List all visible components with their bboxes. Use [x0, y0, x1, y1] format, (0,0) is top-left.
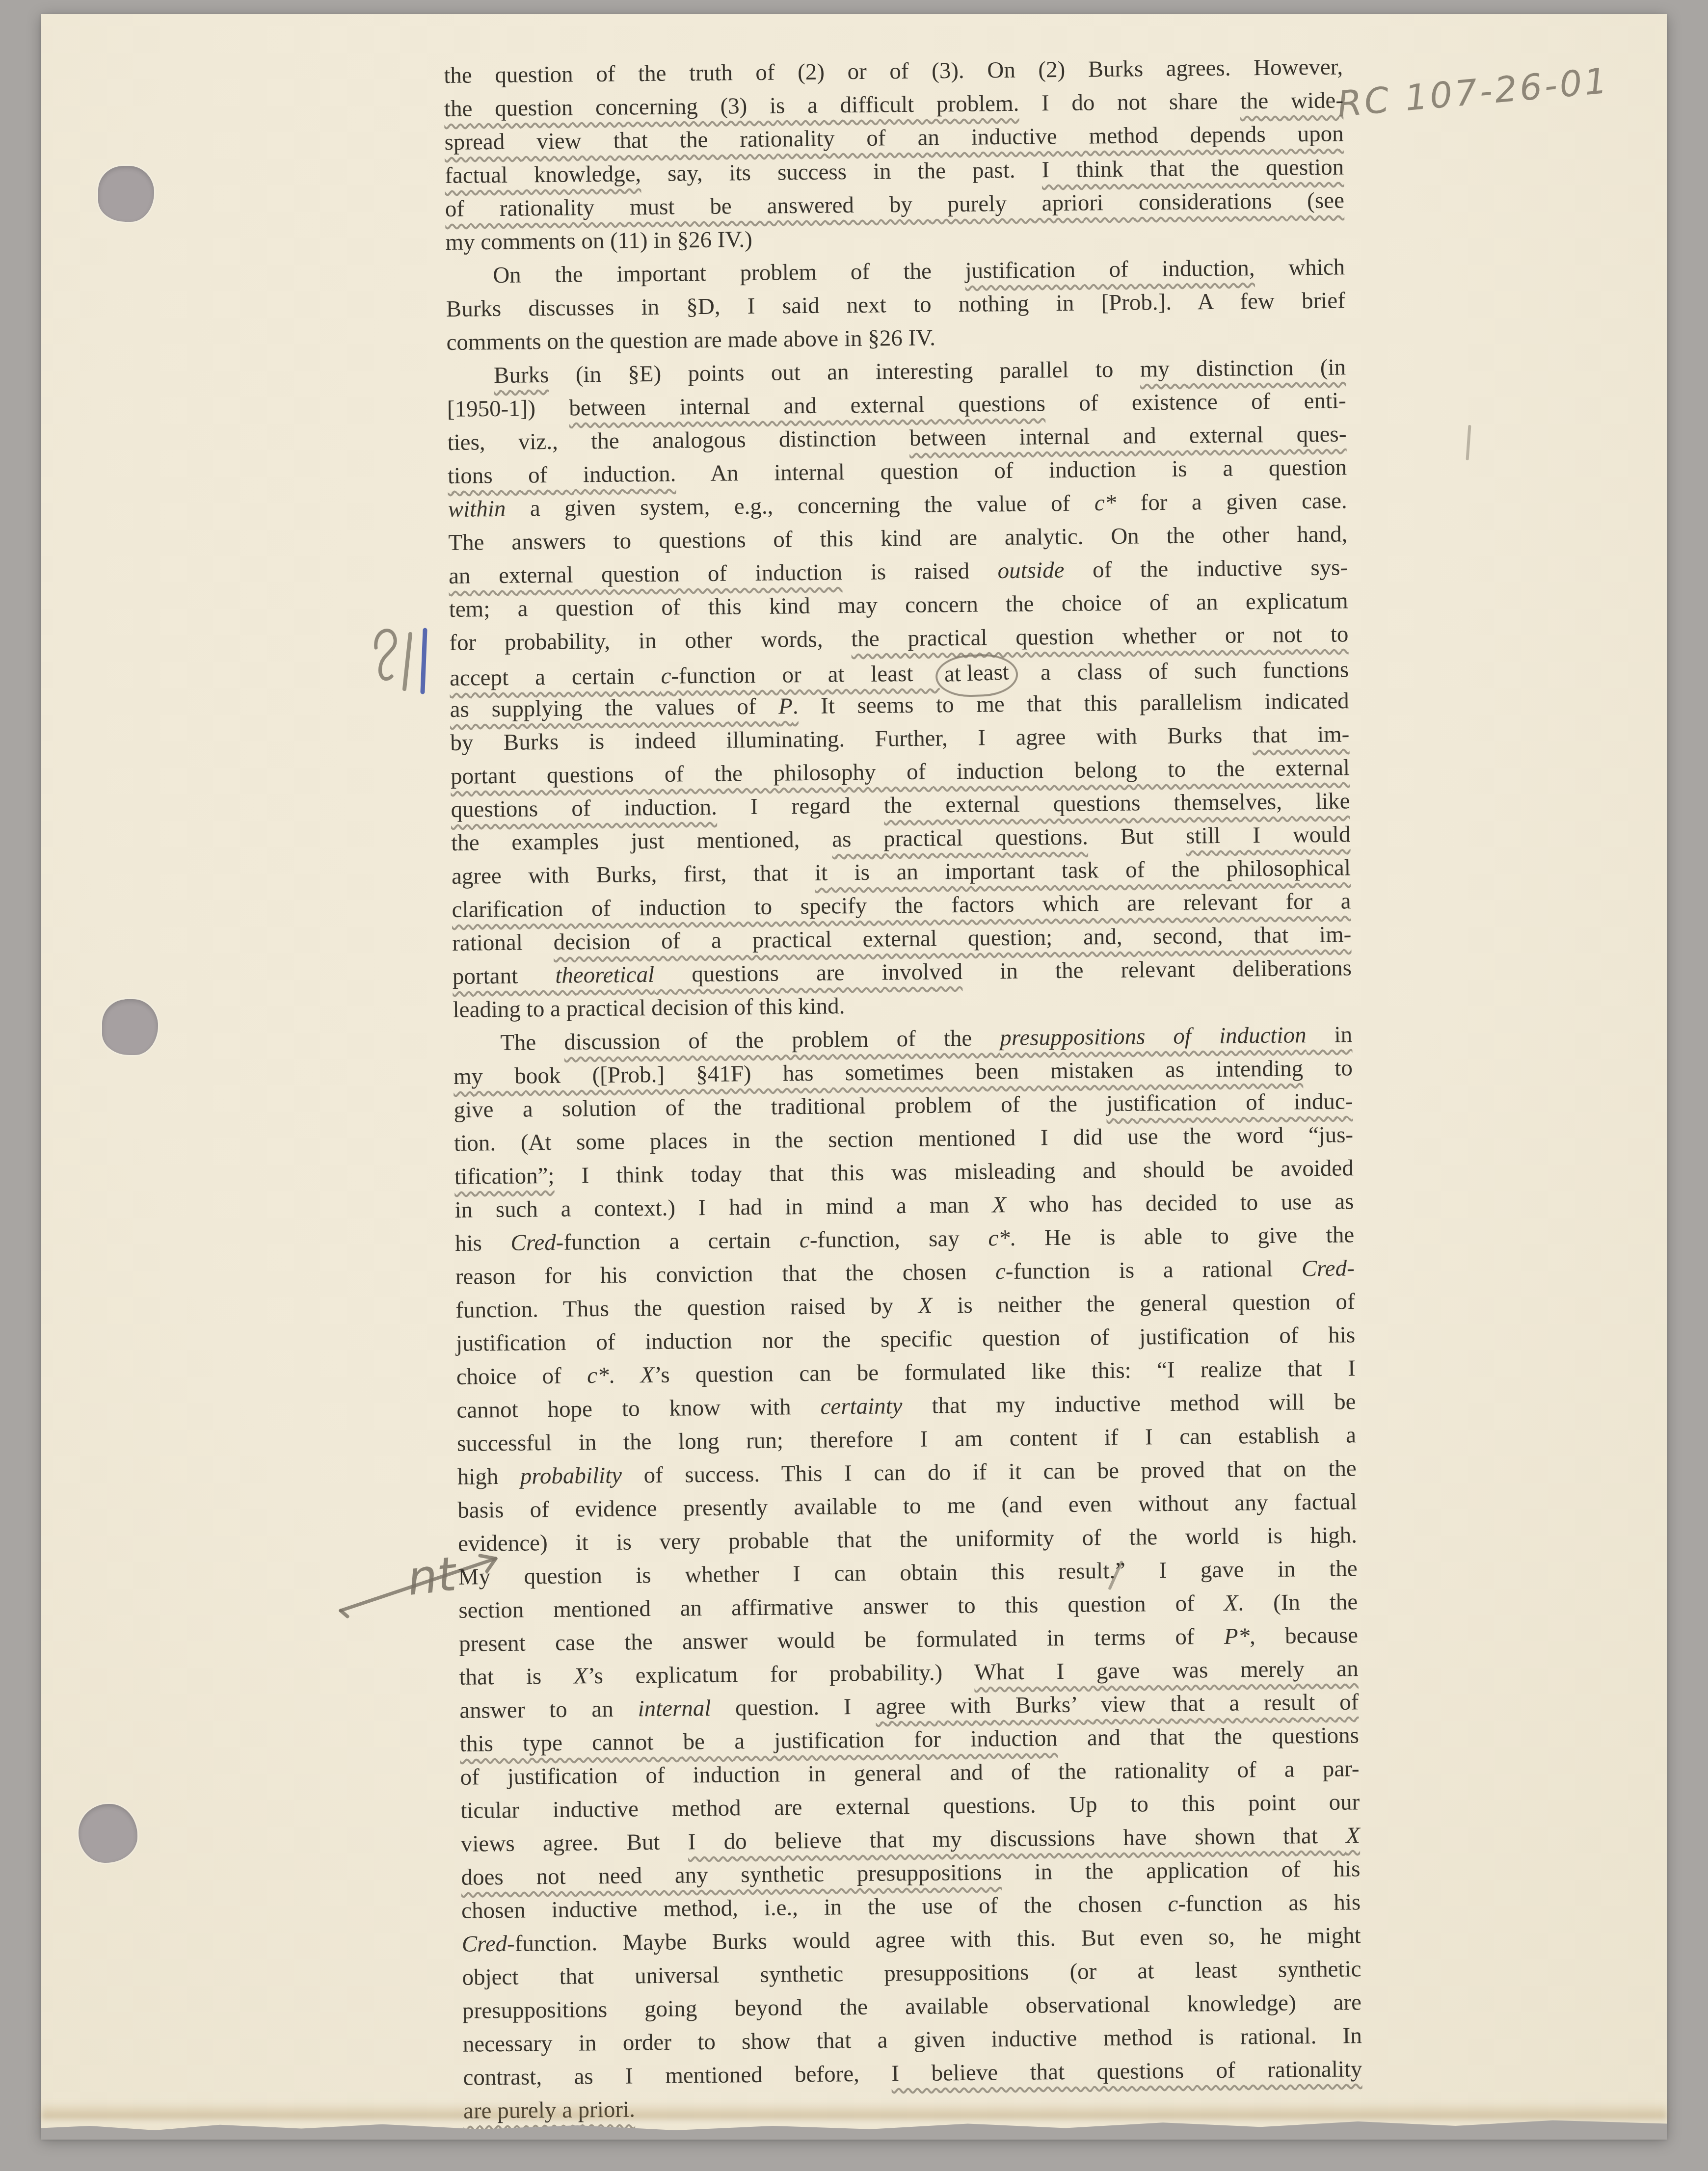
margin-mark-pencil-blue — [359, 617, 453, 706]
text-segment: as supplying the values of — [450, 694, 778, 722]
text-column: the question of the truth of (2) or of (… — [444, 50, 1362, 2127]
text-segment: What I gave was merely an — [974, 1656, 1359, 1685]
text-segment: questions of induction. — [451, 794, 717, 822]
text-segment: my comments on (11) in §26 IV.) — [445, 227, 752, 255]
text-segment: in the relevant deliberations — [962, 955, 1352, 984]
text-segment: tification”; — [454, 1163, 555, 1190]
text-segment: X — [574, 1663, 588, 1689]
text-segment: the wide- — [1240, 87, 1343, 114]
text-segment: say, its success in the past. — [641, 157, 1042, 186]
text-segment: for a given case. — [1116, 488, 1347, 516]
margin-squiggle-icon — [359, 617, 453, 706]
text-segment: I think that the question — [1041, 154, 1344, 183]
punch-hole-bottom — [79, 1804, 137, 1863]
text-segment: My question is whether I can obtain this… — [458, 1556, 1357, 1590]
text-segment: justification of induction nor the speci… — [456, 1322, 1355, 1356]
text-segment: outside — [997, 557, 1064, 583]
text-segment: probability — [520, 1463, 622, 1489]
text-segment: choice of — [456, 1363, 587, 1390]
text-segment: basis of evidence presently available to… — [457, 1489, 1357, 1523]
archive-number-annotation: RC 107-26-01 — [1335, 60, 1611, 125]
text-segment: . He is able to give the — [1010, 1222, 1354, 1251]
text-segment: accept a certain — [450, 663, 661, 691]
text-segment: is neither the general question of — [932, 1289, 1355, 1318]
text-segment: portant questions of the philosophy of i… — [451, 755, 1350, 789]
text-segment: -function. Maybe Burks would agree with … — [507, 1923, 1361, 1957]
text-segment: . — [793, 693, 799, 719]
text-segment: section mentioned an affirmative answer … — [458, 1590, 1224, 1623]
text-segment: of success. This I can do if it can be p… — [622, 1456, 1357, 1488]
text-segment: P* — [1224, 1623, 1250, 1649]
text-segment: -function as his — [1178, 1889, 1361, 1917]
text-segment: [1950-1]) — [447, 396, 569, 422]
text-segment: evidence) it is very probable that the u… — [458, 1522, 1357, 1557]
text-segment: On the important problem of the — [493, 258, 965, 288]
text-segment: present case the answer would be formula… — [459, 1624, 1224, 1657]
text-segment: chosen inductive method, i.e., in the us… — [461, 1891, 1168, 1924]
text-segment: c* — [587, 1363, 609, 1388]
text-segment: c* — [1094, 490, 1117, 516]
text-segment: justification of induction, — [965, 255, 1255, 284]
text-segment: clarification of induction to specify th… — [452, 888, 1351, 923]
text-segment: An internal question of induction is a q… — [676, 454, 1347, 486]
text-segment: of the inductive sys- — [1064, 555, 1348, 583]
text-segment: as practical questions. — [832, 824, 1088, 852]
punch-hole-top — [98, 166, 154, 222]
text-segment: within — [448, 496, 506, 522]
text-segment: I do believe that my discussions have sh… — [688, 1823, 1346, 1855]
text-segment: c — [800, 1227, 810, 1253]
text-segment: The answers to questions of this kind ar… — [448, 521, 1347, 556]
text-segment: spread view that the rationality of an i… — [444, 121, 1343, 155]
text-segment: my book ([Prob.] §41F) has sometimes bee… — [454, 1056, 1304, 1089]
text-segment: P — [778, 693, 793, 719]
text-segment: comments on the question are made above … — [446, 325, 935, 355]
text-segment: in such a context.) I had in mind a man — [454, 1192, 992, 1223]
text-segment: object that universal synthetic presuppo… — [462, 1956, 1361, 1990]
text-segment: ticular inductive method are external qu… — [460, 1789, 1360, 1824]
text-segment: . (In the — [1238, 1589, 1358, 1615]
text-segment: an external question of induction — [449, 559, 843, 589]
text-segment: I think today that this was misleading a… — [554, 1155, 1354, 1189]
text-segment: of justification of induction in general… — [460, 1756, 1359, 1790]
text-segment: which — [1254, 254, 1345, 281]
margin-tick-right — [1466, 425, 1471, 460]
text-segment: -function a certain — [556, 1227, 800, 1255]
text-segment: a class of such functions — [1014, 657, 1349, 686]
text-segment: I regard — [717, 793, 884, 820]
document-page: RC 107-26-01 nt the question of the trut… — [41, 14, 1667, 2139]
text-segment: the external questions themselves, like — [884, 788, 1350, 818]
text-segment: ’s question can be formulated like this:… — [654, 1355, 1356, 1388]
text-segment: this type cannot be a justification for … — [460, 1725, 1058, 1757]
text-segment: tion. (At some places in the section men… — [454, 1122, 1353, 1156]
text-segment: between internal and external questions — [569, 391, 1045, 421]
text-segment: Cred — [462, 1931, 507, 1957]
text-segment: still I would — [1186, 821, 1351, 848]
scan-background: { "page": { "colors": { "bg": "#a8a5a2",… — [0, 0, 1708, 2171]
text-segment: ’s explicatum for probability.) — [587, 1660, 974, 1689]
text-segment: . — [609, 1362, 640, 1388]
text-segment: presuppositions going beyond the availab… — [462, 1989, 1361, 2024]
text-segment: the question of the truth of (2) or of (… — [444, 54, 1343, 88]
text-segment: in the application of his — [1002, 1856, 1361, 1885]
text-segment: X — [640, 1362, 654, 1388]
text-segment: views agree. But — [461, 1829, 688, 1856]
text-segment: -function or at least — [671, 661, 940, 688]
text-segment: give a solution of the traditional probl… — [454, 1091, 1106, 1123]
text-segment: presuppositions of induction — [1000, 1022, 1307, 1051]
text-segment: Cred — [510, 1230, 556, 1256]
text-segment: internal — [638, 1695, 711, 1721]
text-segment: that im- — [1253, 721, 1350, 748]
text-segment: it is an important task of the philosoph… — [815, 855, 1351, 885]
text-segment: tem; a question of this kind may concern… — [449, 588, 1348, 622]
text-segment: successful in the long run; therefore I … — [457, 1422, 1356, 1456]
text-segment: in — [1306, 1022, 1352, 1048]
text-segment: X — [918, 1293, 933, 1319]
text-segment: function. Thus the question raised by — [455, 1293, 918, 1323]
text-segment: Burks — [494, 362, 549, 388]
text-segment: I believe that questions of rationality — [891, 2056, 1362, 2086]
punch-hole-middle — [102, 999, 158, 1055]
text-segment: and that the questions — [1057, 1722, 1359, 1751]
text-segment: -function, say — [810, 1225, 988, 1252]
text-segment: tions of induction. — [448, 461, 676, 488]
text-segment: Cred — [1302, 1255, 1347, 1281]
text-segment: my distinction (in — [1140, 354, 1346, 382]
text-segment: reason for his conviction that the chose… — [455, 1259, 996, 1290]
text-segment: justification of induc- — [1106, 1088, 1353, 1116]
text-segment: the question concerning (3) is a difficu… — [444, 91, 1019, 122]
text-segment: X — [992, 1192, 1006, 1218]
text-segment: Burks discusses in §D, I said next to no… — [446, 288, 1345, 322]
text-segment: leading to a practical decision of this … — [453, 993, 845, 1023]
text-segment: - — [1347, 1255, 1355, 1281]
text-segment: (in §E) points out an interesting parall… — [549, 356, 1140, 388]
text-segment: rational — [452, 929, 554, 956]
text-segment: c — [1168, 1891, 1178, 1917]
text-segment: does not need any synthetic presuppositi… — [461, 1859, 1002, 1890]
text-segment: ties, viz., the analogous distinction — [447, 425, 909, 455]
text-segment: to — [1303, 1055, 1353, 1081]
text-segment: who has decided to use as — [1006, 1189, 1354, 1218]
text-segment: discussion of the problem of the — [564, 1025, 1000, 1055]
text-segment: the examples just mentioned, — [451, 826, 832, 855]
text-segment: necessary in order to show that a given … — [463, 2023, 1362, 2057]
text-segment: for probability, in other words, — [449, 626, 851, 656]
text-segment: contrast, as I mentioned before, — [463, 2061, 891, 2090]
text-segment: cannot hope to know with — [456, 1394, 821, 1423]
text-segment: agree with Burks’ view that a result of — [876, 1689, 1359, 1719]
text-segment: by Burks is indeed illuminating. Further… — [450, 722, 1253, 756]
text-segment: certainty — [820, 1393, 903, 1420]
text-segment: factual knowledge, — [445, 161, 641, 188]
text-segment: X — [1346, 1823, 1360, 1848]
text-segment: that my inductive method will be — [902, 1389, 1356, 1419]
text-segment: that is — [459, 1664, 574, 1690]
text-segment: a given system, e.g., concerning the val… — [506, 490, 1094, 522]
text-segment: agree with Burks, first, that — [452, 860, 815, 889]
text-segment: answer to an — [459, 1696, 638, 1723]
text-segment: his — [455, 1230, 511, 1256]
text-segment: high — [457, 1464, 520, 1490]
text-segment: theoretical — [555, 962, 654, 988]
text-segment: is raised — [842, 558, 998, 585]
text-segment: of existence of enti- — [1045, 388, 1346, 416]
text-segment: c* — [988, 1225, 1010, 1251]
text-segment: The — [500, 1030, 564, 1056]
bottom-edge-stain — [41, 2102, 1667, 2119]
text-segment: the practical question whether or not to — [851, 621, 1348, 652]
text-segment: X — [1224, 1590, 1238, 1616]
text-segment: between internal and external ques- — [909, 421, 1347, 451]
text-segment: It seems to me that this parallelism ind… — [798, 688, 1349, 719]
text-segment: , because — [1250, 1622, 1358, 1649]
text-segment: questions are involved — [654, 959, 962, 987]
text-segment: I do not share — [1019, 88, 1240, 116]
text-segment: question. I — [711, 1694, 876, 1721]
text-segment: portant — [453, 963, 556, 989]
text-segment: decision of a practical external questio… — [553, 922, 1351, 955]
text-segment: c — [661, 663, 671, 689]
text-segment: of rationality must be answered by purel… — [445, 187, 1344, 222]
text-segment: -function is a rational — [1006, 1256, 1302, 1284]
text-segment: But — [1088, 823, 1186, 850]
text-segment: c — [995, 1259, 1006, 1284]
